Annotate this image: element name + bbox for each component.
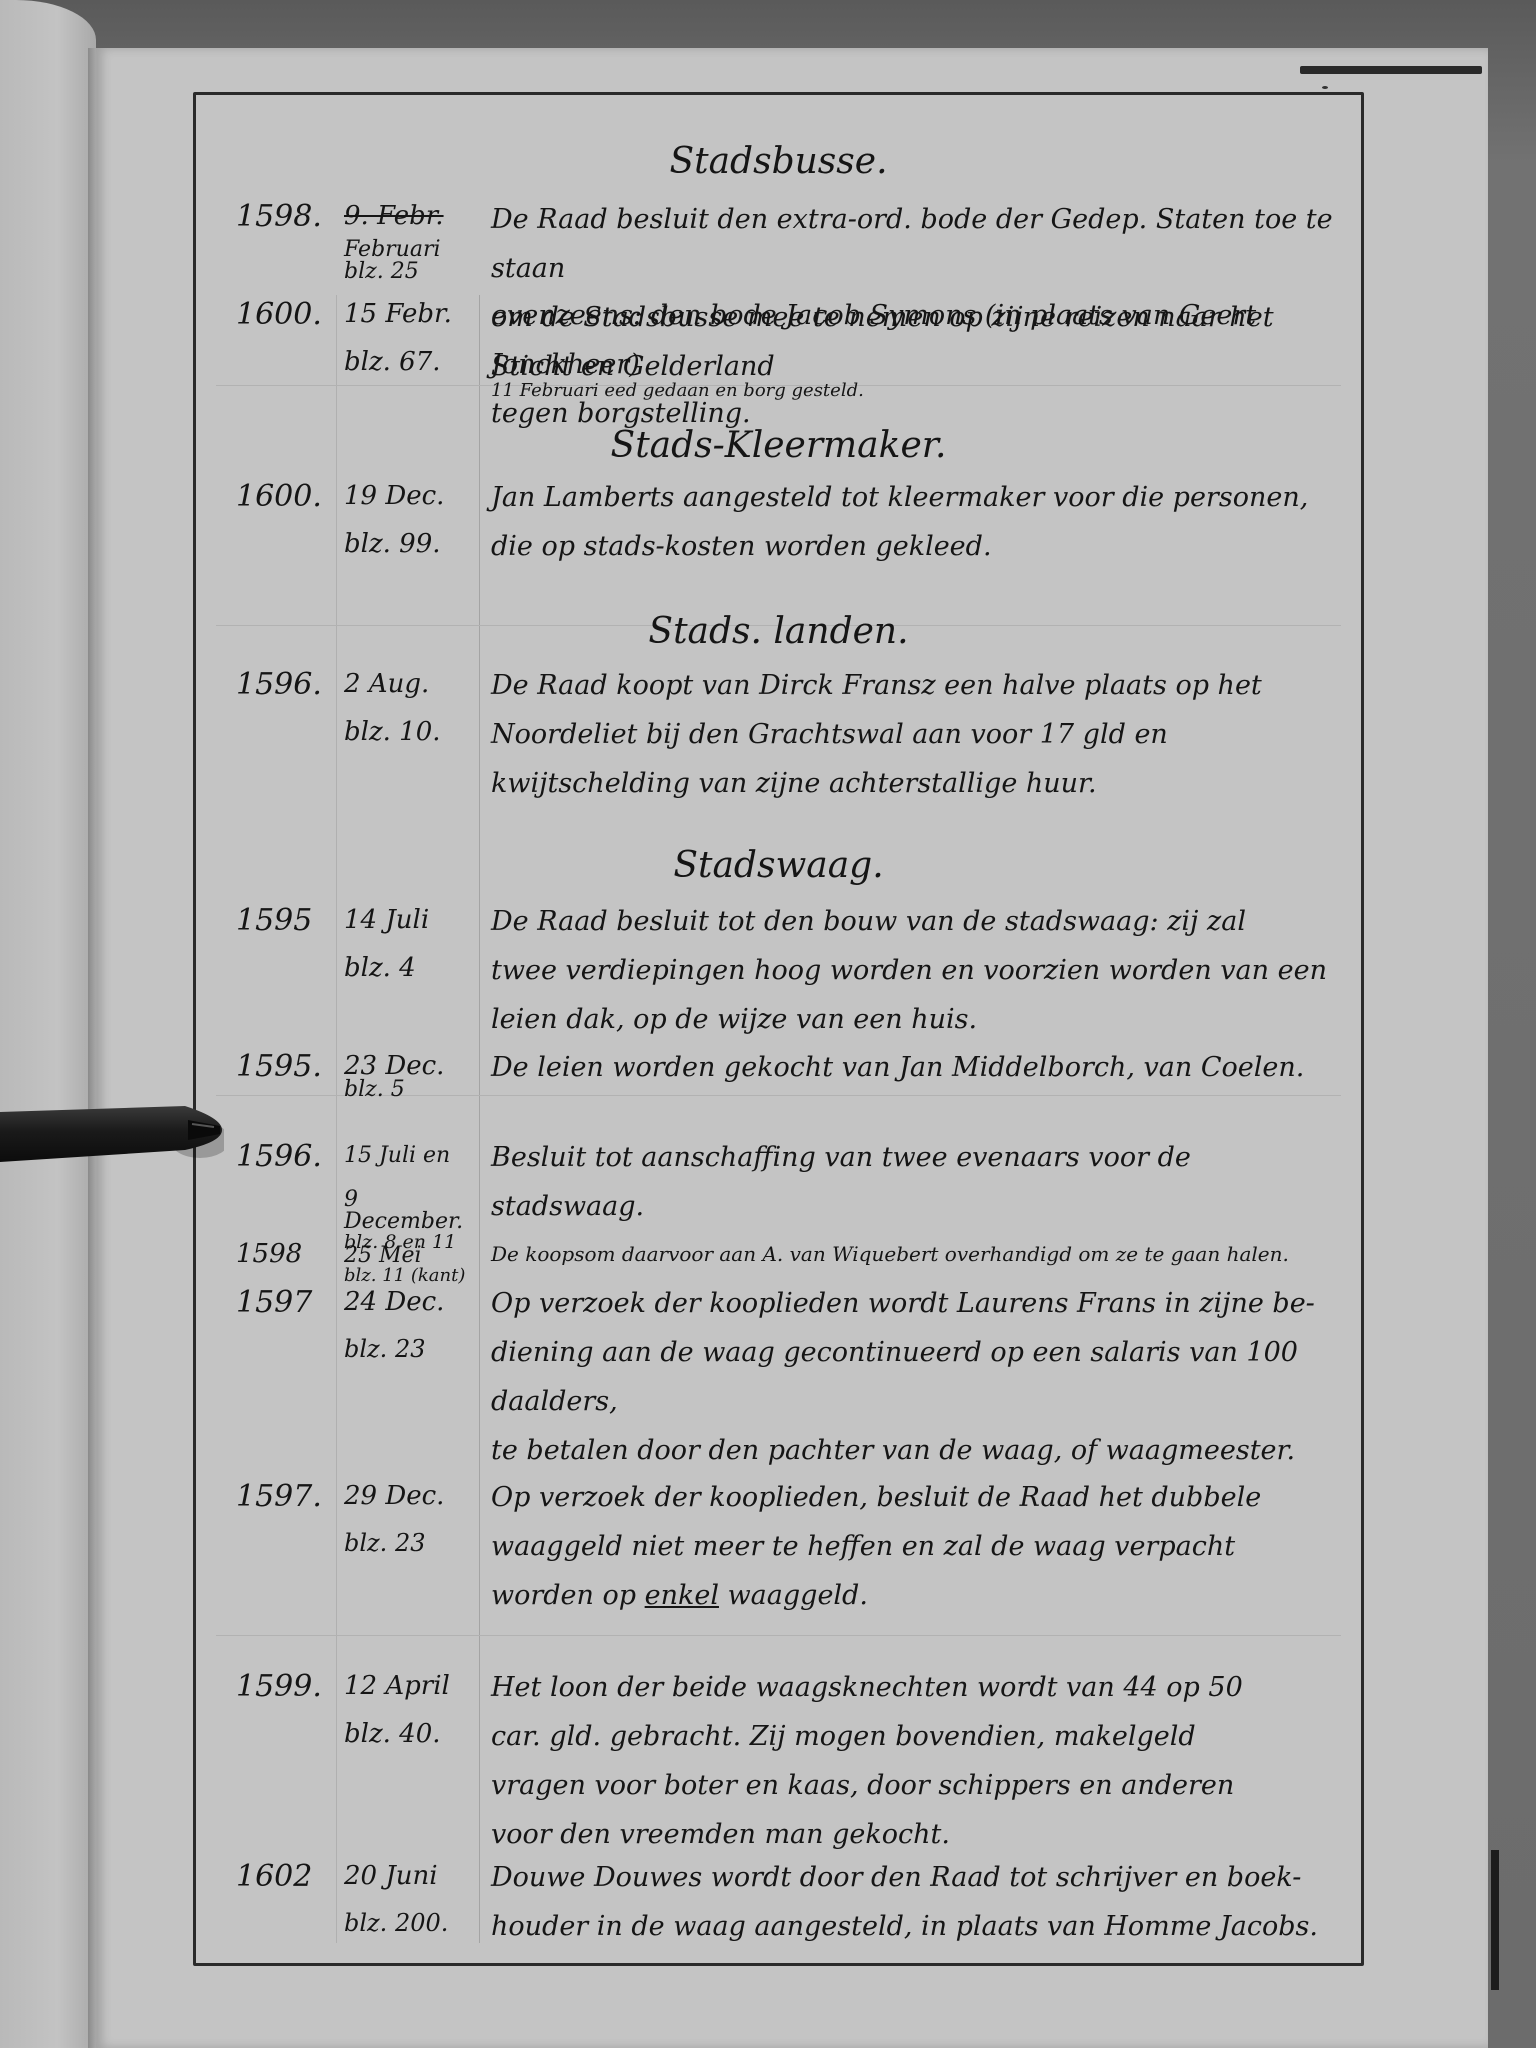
entry-text: Op verzoek der kooplieden, besluit de Ra… [491, 1473, 1351, 1620]
entry-date: 23 Dec. blz. 5 [344, 1053, 479, 1101]
entry-date-extra: 9 December. [344, 1189, 479, 1233]
entry-text: Het loon der beide waagsknechten wordt v… [491, 1663, 1351, 1859]
entry-date: 19 Dec. blz. 99. [344, 483, 479, 557]
entry-date: 29 Dec. blz. 23 [344, 1483, 479, 1555]
underlined-word: enkel [645, 1580, 719, 1611]
entry-line: houder in de waag aangesteld, in plaats … [491, 1902, 1351, 1951]
ink-speck [1322, 86, 1328, 89]
entry-year: 1598 [236, 1239, 336, 1269]
entry-date-text: 14 Juli [344, 905, 429, 935]
entry-year: 1596. [236, 667, 336, 702]
entry-ref: blz. 23 [344, 1337, 479, 1361]
entry-ref: blz. 200. [344, 1911, 479, 1935]
entry-year: 1597 [236, 1285, 336, 1320]
section-title-stadswaag: Stadswaag. [196, 845, 1361, 886]
ruled-frame: Stadsbusse. 1598. 9. Febr. Februari blz.… [193, 92, 1364, 1966]
entry-line: Noordeliet bij den Grachtswal aan voor 1… [491, 710, 1351, 759]
entry-line-text: worden op [491, 1580, 645, 1611]
entry-date-text: 2 Aug. [344, 669, 429, 699]
entry-line: worden op enkel waaggeld. [491, 1571, 1351, 1620]
entry-line: De Raad besluit tot den bouw van de stad… [491, 897, 1351, 946]
entry-ref: blz. 67. [344, 349, 479, 375]
pen-icon [0, 1100, 224, 1172]
binding-edge [1491, 1850, 1499, 1990]
entry-date: 9. Febr. Februari blz. 25 [344, 203, 479, 283]
entry-line: die op stads-kosten worden gekleed. [491, 522, 1351, 571]
entry-ref: blz. 10. [344, 719, 479, 745]
entry-year: 1600. [236, 479, 336, 514]
entry-line: Besluit tot aanschaffing van twee evenaa… [491, 1133, 1351, 1182]
entry-date-extra: Februari [344, 239, 479, 261]
entry-date: 12 April blz. 40. [344, 1673, 479, 1747]
entry-line: stadswaag. [491, 1182, 1351, 1231]
entry-line: kwijtschelding van zijne achterstallige … [491, 759, 1351, 808]
date-column-rule [479, 295, 480, 1943]
entry-ref: blz. 23 [344, 1531, 479, 1555]
entry-year: 1602 [236, 1859, 336, 1894]
entry-ref: blz. 40. [344, 1721, 479, 1747]
entry-year: 1596. [236, 1139, 336, 1174]
entry-line: twee verdiepingen hoog worden en voorzie… [491, 946, 1351, 995]
entry-text: De Raad besluit tot den bouw van de stad… [491, 897, 1351, 1044]
entry-date-text: 20 Juni [344, 1861, 438, 1891]
entry-text: Douwe Douwes wordt door den Raad tot sch… [491, 1853, 1351, 1951]
entry-date: 20 Juni blz. 200. [344, 1863, 479, 1935]
entry-line: car. gld. gebracht. Zij mogen bovendien,… [491, 1712, 1351, 1761]
entry-line: evenzeens: den bode Jacob Symons (in pla… [491, 291, 1351, 389]
entry-ref: blz. 5 [344, 1079, 479, 1101]
faint-ruled-line [216, 1635, 1341, 1636]
entry-text: De Raad koopt van Dirck Fransz een halve… [491, 661, 1351, 808]
section-title-stads-kleermaker: Stads-Kleermaker. [196, 425, 1361, 466]
left-facing-page [0, 0, 96, 2048]
page-edge-shadow [1300, 66, 1482, 74]
entry-line: De Raad besluit den extra-ord. bode der … [491, 195, 1351, 293]
entry-line: te betalen door den pachter van de waag,… [491, 1426, 1351, 1475]
entry-year: 1595 [236, 903, 336, 938]
entry-line: Jan Lamberts aangesteld tot kleermaker v… [491, 473, 1351, 522]
entry-year: 1597. [236, 1479, 336, 1514]
entry-line: leien dak, op de wijze van een huis. [491, 995, 1351, 1044]
entry-ref: blz. 11 (kant) [344, 1267, 479, 1285]
entry-date: 15 Febr. blz. 67. [344, 301, 479, 375]
entry-date: 15 Juli en 9 December. blz. 8 en 11 [344, 1141, 479, 1252]
entry-text: evenzeens: den bode Jacob Symons (in pla… [491, 291, 1351, 438]
entry-year: 1595. [236, 1049, 336, 1084]
entry-text: Besluit tot aanschaffing van twee evenaa… [491, 1133, 1351, 1231]
year-column-rule [336, 295, 337, 1943]
entry-line: diening aan de waag gecontinueerd op een… [491, 1328, 1351, 1426]
section-title-stads-landen: Stads. landen. [196, 611, 1361, 652]
entry-year: 1598. [236, 199, 336, 234]
entry-line: vragen voor boter en kaas, door schipper… [491, 1761, 1351, 1810]
entry-date-text: 24 Dec. [344, 1287, 444, 1317]
entry-line: De Raad koopt van Dirck Fransz een halve… [491, 661, 1351, 710]
entry-line: Het loon der beide waagsknechten wordt v… [491, 1663, 1351, 1712]
entry-date: 25 Mei blz. 11 (kant) [344, 1241, 479, 1285]
entry-ref: blz. 4 [344, 955, 479, 981]
entry-line: Op verzoek der kooplieden, besluit de Ra… [491, 1473, 1351, 1522]
entry-line: Douwe Douwes wordt door den Raad tot sch… [491, 1853, 1351, 1902]
entry-ref: blz. 25 [344, 261, 479, 283]
entry-date-text: 19 Dec. [344, 481, 444, 511]
entry-text: Jan Lamberts aangesteld tot kleermaker v… [491, 473, 1351, 571]
entry-line: waaggeld niet meer te heffen en zal de w… [491, 1522, 1351, 1571]
entry-date: 24 Dec. blz. 23 [344, 1289, 479, 1361]
entry-line: voor den vreemden man gekocht. [491, 1810, 1351, 1859]
entry-year: 1600. [236, 297, 336, 332]
entry-date-text: 15 Febr. [344, 299, 452, 329]
entry-date: 14 Juli blz. 4 [344, 907, 479, 981]
entry-line: De koopsom daarvoor aan A. van Wiquebert… [491, 1237, 1351, 1271]
entry-date-text: 9. Febr. [344, 201, 444, 231]
entry-text: De leien worden gekocht van Jan Middelbo… [491, 1043, 1351, 1092]
entry-year: 1599. [236, 1669, 336, 1704]
entry-ref: blz. 99. [344, 531, 479, 557]
entry-date-text: 29 Dec. [344, 1481, 444, 1511]
entry-date-text: 12 April [344, 1671, 450, 1701]
entry-line: De leien worden gekocht van Jan Middelbo… [491, 1043, 1351, 1092]
entry-text: Op verzoek der kooplieden wordt Laurens … [491, 1279, 1351, 1475]
entry-date-text: 15 Juli en [344, 1143, 450, 1168]
entry-text: De koopsom daarvoor aan A. van Wiquebert… [491, 1237, 1351, 1271]
entry-line: Op verzoek der kooplieden wordt Laurens … [491, 1279, 1351, 1328]
entry-line-text: waaggeld. [719, 1580, 868, 1611]
section-title-stadsbusse: Stadsbusse. [196, 141, 1361, 182]
entry-date: 2 Aug. blz. 10. [344, 671, 479, 745]
